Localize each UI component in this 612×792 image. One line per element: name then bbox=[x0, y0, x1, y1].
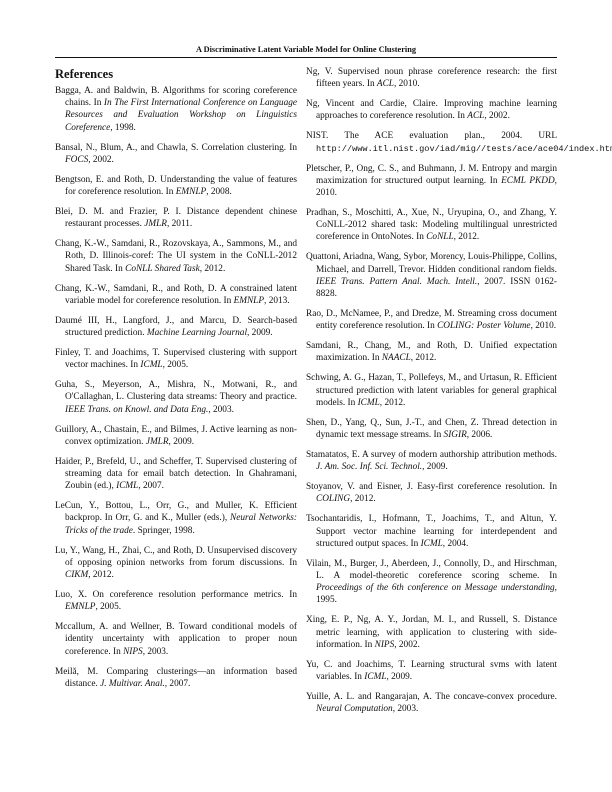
reference-authors: Tsochantaridis, I., Hofmann, T., Joachim… bbox=[306, 514, 557, 524]
reference-entry: Ng, V. Supervised noun phrase coreferenc… bbox=[306, 66, 557, 90]
reference-title: A survey of modern authorship attributio… bbox=[360, 450, 557, 460]
reference-year: , 2012. bbox=[350, 494, 376, 504]
reference-venue: JMLR bbox=[146, 437, 169, 447]
reference-entry: Blei, D. M. and Frazier, P. I. Distance … bbox=[55, 206, 297, 230]
section-title: References bbox=[55, 66, 297, 82]
reference-venue: COLING bbox=[316, 494, 350, 504]
reference-authors: Blei, D. M. and Frazier, P. I. bbox=[55, 207, 181, 217]
reference-authors: Bagga, A. and Baldwin, B. bbox=[55, 86, 159, 96]
reference-authors: Daumé III, H., Langford, J., and Marcu, … bbox=[55, 316, 241, 326]
reference-year: , 2008. bbox=[206, 187, 232, 197]
reference-authors: Lu, Y., Wang, H., Zhai, C., and Roth, D. bbox=[55, 546, 205, 556]
reference-authors: Xing, E. P., Ng, A. Y., Jordan, M. I., a… bbox=[306, 615, 520, 625]
reference-url[interactable]: http://www.itl.nist.gov/iad/mig//tests/a… bbox=[316, 144, 612, 154]
reference-title: Easy-first coreference resolution. In bbox=[413, 482, 557, 492]
reference-year: , 2007. bbox=[138, 481, 164, 491]
reference-authors: Ng, Vincent and Cardie, Claire. bbox=[306, 99, 438, 109]
reference-entry: Shen, D., Yang, Q., Sun, J.-T., and Chen… bbox=[306, 417, 557, 441]
reference-year: , 2013. bbox=[264, 296, 290, 306]
reference-year: , 2011. bbox=[167, 219, 192, 229]
reference-title: A model-theoretic coreference scoring sc… bbox=[324, 571, 557, 581]
reference-authors: LeCun, Y., Bottou, L., Orr, G., and Mull… bbox=[55, 501, 258, 511]
reference-entry: Bengtson, E. and Roth, D. Understanding … bbox=[55, 174, 297, 198]
reference-entry: Bansal, N., Blum, A., and Chawla, S. Cor… bbox=[55, 142, 297, 166]
reference-authors: Meilă, M. bbox=[55, 667, 98, 677]
running-header: A Discriminative Latent Variable Model f… bbox=[55, 45, 557, 58]
reference-venue: FOCS bbox=[65, 155, 88, 165]
reference-venue: ICML bbox=[421, 539, 443, 549]
reference-title: Clustering data streams: Theory and prac… bbox=[124, 392, 297, 402]
reference-entry: NIST. The ACE evaluation plan., 2004. UR… bbox=[306, 130, 557, 154]
reference-year: , 2012. bbox=[454, 232, 480, 242]
reference-year: , 2009. bbox=[247, 328, 273, 338]
reference-entry: Pradhan, S., Moschitti, A., Xue, N., Ury… bbox=[306, 207, 557, 244]
reference-venue: J. Multivar. Anal. bbox=[100, 679, 165, 689]
reference-year: , 2009. bbox=[169, 437, 195, 447]
reference-venue: Neural Computation bbox=[316, 704, 393, 714]
reference-year: , 2012. bbox=[411, 353, 437, 363]
reference-entry: Bagga, A. and Baldwin, B. Algorithms for… bbox=[55, 85, 297, 134]
reference-year: , 2002. bbox=[88, 155, 114, 165]
reference-year: , 2002. bbox=[394, 640, 420, 650]
reference-year: , 2009. bbox=[422, 462, 448, 472]
reference-entry: Xing, E. P., Ng, A. Y., Jordan, M. I., a… bbox=[306, 614, 557, 651]
reference-venue: JMLR bbox=[144, 219, 167, 229]
reference-authors: Shen, D., Yang, Q., Sun, J.-T., and Chen… bbox=[306, 418, 479, 428]
reference-year: , 2009. bbox=[387, 672, 413, 682]
reference-authors: Guillory, A., Chastain, E., and Bilmes, … bbox=[55, 425, 207, 435]
references-right-column: Ng, V. Supervised noun phrase coreferenc… bbox=[306, 66, 557, 723]
reference-venue: NIPS bbox=[375, 640, 395, 650]
reference-authors: Yu, C. and Joachims, T. bbox=[306, 660, 406, 670]
reference-entry: Haider, P., Brefeld, U., and Scheffer, T… bbox=[55, 456, 297, 493]
reference-entry: Chang, K.-W., Samdani, R., Rozovskaya, A… bbox=[55, 238, 297, 275]
reference-year: . Springer, 1998. bbox=[133, 526, 195, 536]
reference-entry: Mccallum, A. and Wellner, B. Toward cond… bbox=[55, 621, 297, 658]
reference-venue: EMNLP bbox=[65, 602, 95, 612]
reference-title: The ACE evaluation plan., 2004. URL bbox=[328, 131, 557, 141]
reference-entry: Yuille, A. L. and Rangarajan, A. The con… bbox=[306, 691, 557, 715]
reference-year: , 2003. bbox=[393, 704, 419, 714]
reference-authors: Rao, D., McNamee, P., and Dredze, M. bbox=[306, 309, 455, 319]
reference-title: Correlation clustering. In bbox=[198, 143, 297, 153]
reference-venue: ACL bbox=[377, 79, 394, 89]
reference-venue: NAACL bbox=[382, 353, 411, 363]
reference-title: The concave-convex procedure. bbox=[432, 692, 557, 702]
reference-authors: Samdani, R., Chang, M., and Roth, D. bbox=[306, 341, 473, 351]
reference-venue: CIKM bbox=[65, 570, 88, 580]
reference-year: , 2012. bbox=[200, 264, 226, 274]
reference-title: Hidden conditional random fields. bbox=[426, 265, 557, 275]
reference-authors: Stamatatos, E. bbox=[306, 450, 360, 460]
reference-venue: SIGIR bbox=[444, 430, 467, 440]
reference-authors: Bengtson, E. and Roth, D. bbox=[55, 175, 157, 185]
reference-entry: Stoyanov, V. and Eisner, J. Easy-first c… bbox=[306, 481, 557, 505]
reference-year: , 2007. bbox=[165, 679, 191, 689]
reference-entry: Pletscher, P., Ong, C. S., and Buhmann, … bbox=[306, 163, 557, 200]
reference-year: , 2003. bbox=[208, 405, 234, 415]
reference-entry: Lu, Y., Wang, H., Zhai, C., and Roth, D.… bbox=[55, 545, 297, 582]
reference-venue: NIPS bbox=[123, 647, 143, 657]
reference-entry: Finley, T. and Joachims, T. Supervised c… bbox=[55, 347, 297, 371]
reference-venue: ICML bbox=[116, 481, 138, 491]
reference-year: , 2012. bbox=[88, 570, 114, 580]
reference-authors: Mccallum, A. and Wellner, B. bbox=[55, 622, 174, 632]
reference-year: , 2005. bbox=[163, 360, 189, 370]
reference-venue: IEEE Trans. on Knowl. and Data Eng. bbox=[65, 405, 208, 415]
reference-authors: Bansal, N., Blum, A., and Chawla, S. bbox=[55, 143, 198, 153]
reference-venue: Proceedings of the 6th conference on Mes… bbox=[316, 583, 555, 593]
reference-year: , 2006. bbox=[467, 430, 493, 440]
reference-list-left: Bagga, A. and Baldwin, B. Algorithms for… bbox=[55, 85, 297, 690]
reference-authors: Finley, T. and Joachims, T. bbox=[55, 348, 160, 358]
reference-year: , 2010. bbox=[531, 321, 557, 331]
reference-year: , 2004. bbox=[443, 539, 469, 549]
reference-authors: Ng, V. bbox=[306, 67, 333, 77]
reference-entry: Ng, Vincent and Cardie, Claire. Improvin… bbox=[306, 98, 557, 122]
reference-year: , 1998. bbox=[110, 123, 136, 133]
reference-venue: IEEE Trans. Pattern Anal. Mach. Intell. bbox=[316, 277, 477, 287]
reference-entry: Yu, C. and Joachims, T. Learning structu… bbox=[306, 659, 557, 683]
reference-authors: Pradhan, S., Moschitti, A., Xue, N., Ury… bbox=[306, 208, 557, 218]
reference-venue: CoNLL Shared Task bbox=[125, 264, 200, 274]
reference-venue: ICML bbox=[364, 672, 386, 682]
reference-authors: NIST. bbox=[306, 131, 328, 141]
reference-entry: Guillory, A., Chastain, E., and Bilmes, … bbox=[55, 424, 297, 448]
reference-year: , 2002. bbox=[484, 111, 510, 121]
reference-entry: Rao, D., McNamee, P., and Dredze, M. Str… bbox=[306, 308, 557, 332]
reference-authors: Luo, X. bbox=[55, 590, 87, 600]
reference-entry: Daumé III, H., Langford, J., and Marcu, … bbox=[55, 315, 297, 339]
reference-venue: Machine Learning Journal bbox=[147, 328, 247, 338]
reference-list-right: Ng, V. Supervised noun phrase coreferenc… bbox=[306, 66, 557, 715]
reference-year: , 2005. bbox=[95, 602, 121, 612]
reference-year: , 2010. bbox=[394, 79, 420, 89]
reference-authors: Stoyanov, V. and Eisner, J. bbox=[306, 482, 413, 492]
reference-venue: ICML bbox=[358, 398, 380, 408]
reference-authors: Chang, K.-W., Samdani, R., and Roth, D. bbox=[55, 284, 217, 294]
reference-venue: ACL bbox=[467, 111, 484, 121]
reference-authors: Pletscher, P., Ong, C. S., and Buhmann, … bbox=[306, 164, 479, 174]
reference-venue: COLING: Poster Volume bbox=[437, 321, 530, 331]
reference-entry: LeCun, Y., Bottou, L., Orr, G., and Mull… bbox=[55, 500, 297, 537]
reference-entry: Quattoni, Ariadna, Wang, Sybor, Morency,… bbox=[306, 251, 557, 300]
reference-venue: ICML bbox=[140, 360, 162, 370]
reference-authors: Schwing, A. G., Hazan, T., Pollefeys, M.… bbox=[306, 373, 522, 383]
reference-entry: Schwing, A. G., Hazan, T., Pollefeys, M.… bbox=[306, 372, 557, 409]
reference-venue: EMNLP bbox=[176, 187, 206, 197]
reference-venue: CoNLL bbox=[426, 232, 453, 242]
reference-entry: Chang, K.-W., Samdani, R., and Roth, D. … bbox=[55, 283, 297, 307]
reference-year: , 2003. bbox=[143, 647, 169, 657]
reference-title: Supervised noun phrase coreference resea… bbox=[316, 67, 557, 89]
reference-authors: Haider, P., Brefeld, U., and Scheffer, T… bbox=[55, 457, 203, 467]
reference-year: , 2012. bbox=[380, 398, 406, 408]
reference-venue: ECML PKDD bbox=[501, 176, 555, 186]
reference-authors: Yuille, A. L. and Rangarajan, A. bbox=[306, 692, 432, 702]
reference-entry: Meilă, M. Comparing clusterings—an infor… bbox=[55, 666, 297, 690]
reference-entry: Guha, S., Meyerson, A., Mishra, N., Motw… bbox=[55, 379, 297, 416]
reference-entry: Vilain, M., Burger, J., Aberdeen, J., Co… bbox=[306, 558, 557, 607]
reference-entry: Samdani, R., Chang, M., and Roth, D. Uni… bbox=[306, 340, 557, 364]
reference-entry: Luo, X. On coreference resolution perfor… bbox=[55, 589, 297, 613]
reference-entry: Stamatatos, E. A survey of modern author… bbox=[306, 449, 557, 473]
reference-venue: EMNLP bbox=[234, 296, 264, 306]
reference-venue: J. Am. Soc. Inf. Sci. Technol. bbox=[316, 462, 422, 472]
references-left-column: References Bagga, A. and Baldwin, B. Alg… bbox=[55, 66, 297, 698]
reference-title: On coreference resolution performance me… bbox=[87, 590, 297, 600]
reference-entry: Tsochantaridis, I., Hofmann, T., Joachim… bbox=[306, 513, 557, 550]
